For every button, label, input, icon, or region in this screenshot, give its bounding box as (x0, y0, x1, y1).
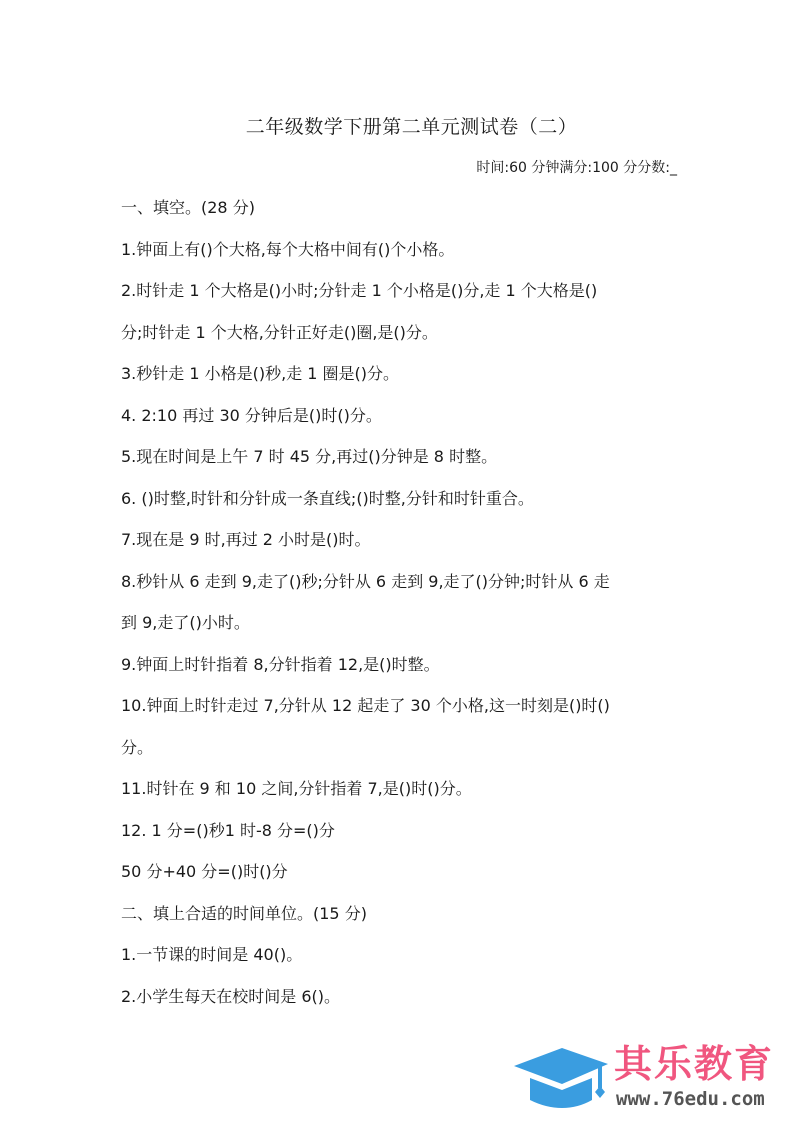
question-2-1: 1.一节课的时间是 40()。 (121, 943, 681, 985)
question-1-12-cont: 50 分+40 分=()时()分 (121, 860, 681, 902)
question-1-1: 1.钟面上有()个大格,每个大格中间有()个小格。 (121, 238, 681, 280)
question-1-10: 10.钟面上时针走过 7,分针从 12 起走了 30 个小格,这一时刻是()时(… (121, 694, 681, 736)
watermark-url: www.76edu.com (616, 1088, 765, 1110)
question-1-5: 5.现在时间是上午 7 时 45 分,再过()分钟是 8 时整。 (121, 445, 681, 487)
section-heading-2: 二、填上合适的时间单位。(15 分) (121, 902, 681, 944)
question-1-6: 6. ()时整,时针和分针成一条直线;()时整,分针和时针重合。 (121, 487, 681, 529)
question-1-11: 11.时针在 9 和 10 之间,分针指着 7,是()时()分。 (121, 777, 681, 819)
question-1-12: 12. 1 分=()秒1 时-8 分=()分 (121, 819, 681, 861)
question-1-3: 3.秒针走 1 小格是()秒,走 1 圈是()分。 (121, 362, 681, 404)
question-1-9: 9.钟面上时针指着 8,分针指着 12,是()时整。 (121, 653, 681, 695)
watermark-brand-name: 其乐教育 (614, 1042, 774, 1086)
exam-content: 一、填空。(28 分) 1.钟面上有()个大格,每个大格中间有()个小格。 2.… (121, 196, 681, 1026)
page-title: 二年级数学下册第二单元测试卷（二） (0, 112, 793, 139)
exam-meta-info: 时间:60 分钟满分:100 分分数:_ (476, 157, 677, 177)
watermark-logo: 其乐教育 www.76edu.com (510, 1040, 793, 1120)
question-1-8-cont: 到 9,走了()小时。 (121, 611, 681, 653)
graduation-cap-icon (510, 1044, 610, 1110)
question-1-7: 7.现在是 9 时,再过 2 小时是()时。 (121, 528, 681, 570)
question-1-4: 4. 2:10 再过 30 分钟后是()时()分。 (121, 404, 681, 446)
section-heading-1: 一、填空。(28 分) (121, 196, 681, 238)
question-1-10-cont: 分。 (121, 736, 681, 778)
question-1-2: 2.时针走 1 个大格是()小时;分针走 1 个小格是()分,走 1 个大格是(… (121, 279, 681, 321)
question-1-2-cont: 分;时针走 1 个大格,分针正好走()圈,是()分。 (121, 321, 681, 363)
question-2-2: 2.小学生每天在校时间是 6()。 (121, 985, 681, 1027)
question-1-8: 8.秒针从 6 走到 9,走了()秒;分针从 6 走到 9,走了()分钟;时针从… (121, 570, 681, 612)
